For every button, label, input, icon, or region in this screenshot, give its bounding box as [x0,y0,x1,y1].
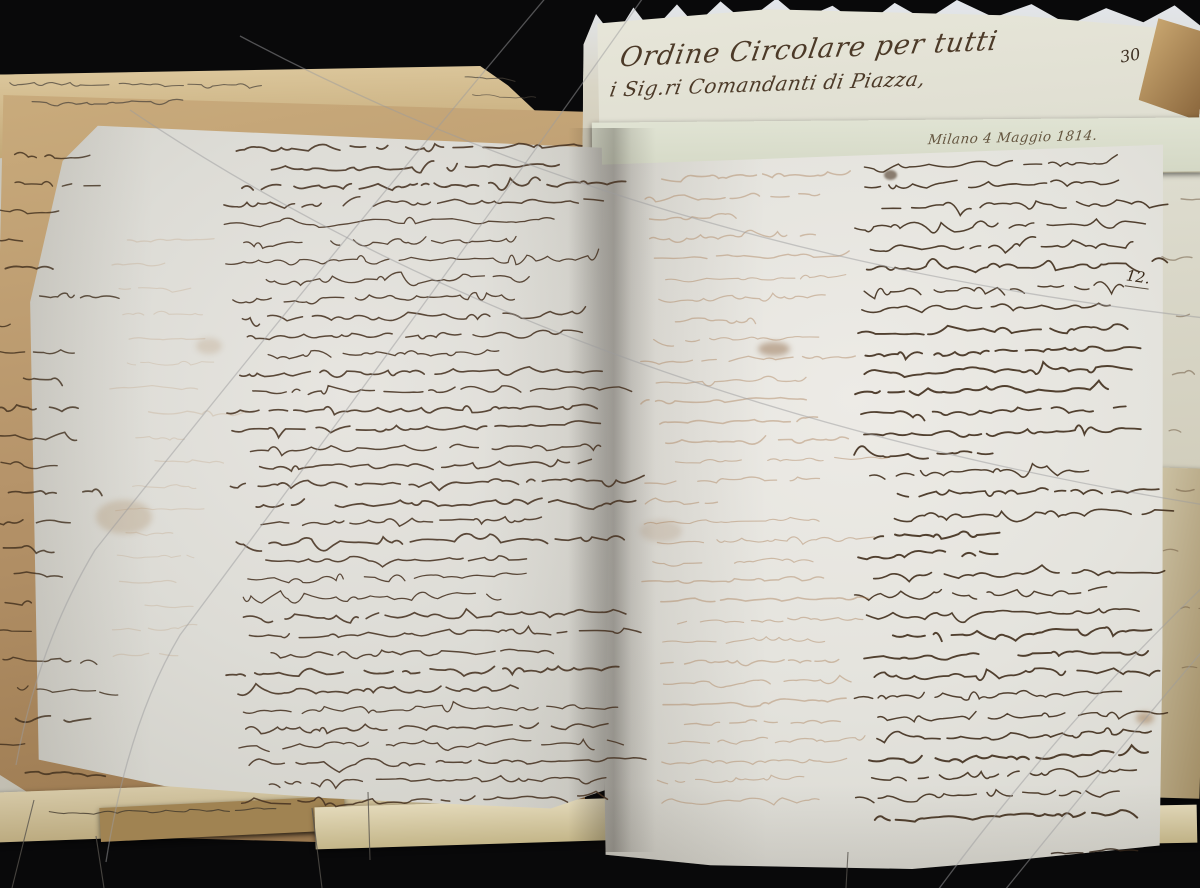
ink-stain [758,342,790,356]
ink-stain [196,338,222,354]
right-manuscript-page [593,141,1172,873]
manuscript-photo: Ordine Circolare per tutti i Sig.ri Coma… [0,0,1200,888]
ink-stain [96,500,152,534]
ink-stain [1136,712,1154,724]
page-shading [23,111,610,818]
margin-note: 12. [1125,266,1151,289]
page-shading [593,141,1172,873]
left-manuscript-page [23,111,610,818]
ink-stain [640,520,682,542]
ink-stain [884,170,897,180]
page-number-label: 30 [1119,44,1142,66]
